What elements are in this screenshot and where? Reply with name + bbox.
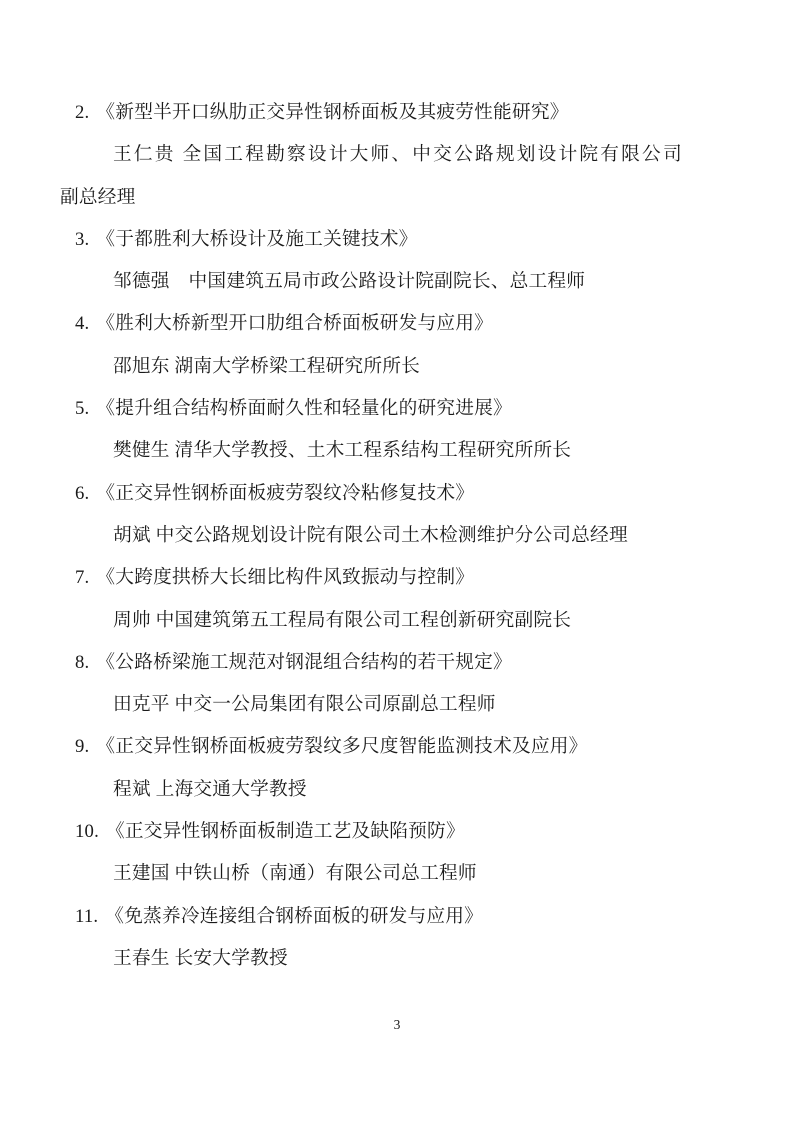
item-title: 《大跨度拱桥大长细比构件风致振动与控制》 bbox=[96, 567, 474, 588]
document-page: 2.《新型半开口纵肋正交异性钢桥面板及其疲劳性能研究》王仁贵 全国工程勘察设计大… bbox=[0, 0, 794, 1123]
item-title-line: 8.《公路桥梁施工规范对钢混组合结构的若干规定》 bbox=[60, 642, 694, 684]
item-speaker-line: 王建国 中铁山桥（南通）有限公司总工程师 bbox=[60, 853, 694, 895]
item-title: 《胜利大桥新型开口肋组合桥面板研发与应用》 bbox=[96, 313, 493, 334]
item-title: 《于都胜利大桥设计及施工关键技术》 bbox=[96, 229, 417, 250]
item-title: 《正交异性钢桥面板疲劳裂纹冷粘修复技术》 bbox=[96, 483, 474, 504]
item-number: 10. bbox=[75, 821, 99, 842]
page-number: 3 bbox=[0, 1016, 794, 1034]
item-title-line: 11.《免蒸养冷连接组合钢桥面板的研发与应用》 bbox=[60, 896, 694, 938]
item-speaker-line: 樊健生 清华大学教授、土木工程系结构工程研究所所长 bbox=[60, 430, 694, 472]
item-title-line: 4.《胜利大桥新型开口肋组合桥面板研发与应用》 bbox=[60, 303, 694, 345]
item-title: 《正交异性钢桥面板疲劳裂纹多尺度智能监测技术及应用》 bbox=[96, 736, 587, 757]
item-title: 《免蒸养冷连接组合钢桥面板的研发与应用》 bbox=[105, 906, 483, 927]
item-speaker-line: 邵旭东 湖南大学桥梁工程研究所所长 bbox=[60, 346, 694, 388]
item-number: 8. bbox=[75, 652, 89, 673]
item-speaker-line: 胡斌 中交公路规划设计院有限公司土木检测维护分公司总经理 bbox=[60, 515, 694, 557]
item-number: 5. bbox=[75, 398, 89, 419]
item-title-line: 5.《提升组合结构桥面耐久性和轻量化的研究进展》 bbox=[60, 388, 694, 430]
item-speaker-line: 邹德强 中国建筑五局市政公路设计院副院长、总工程师 bbox=[60, 261, 694, 303]
item-title: 《公路桥梁施工规范对钢混组合结构的若干规定》 bbox=[96, 652, 512, 673]
item-speaker-line: 田克平 中交一公局集团有限公司原副总工程师 bbox=[60, 684, 694, 726]
item-title-line: 7.《大跨度拱桥大长细比构件风致振动与控制》 bbox=[60, 557, 694, 599]
item-title: 《提升组合结构桥面耐久性和轻量化的研究进展》 bbox=[96, 398, 512, 419]
item-number: 6. bbox=[75, 483, 89, 504]
agenda-list: 2.《新型半开口纵肋正交异性钢桥面板及其疲劳性能研究》王仁贵 全国工程勘察设计大… bbox=[60, 92, 694, 980]
item-speaker-line: 程斌 上海交通大学教授 bbox=[60, 769, 694, 811]
item-number: 3. bbox=[75, 229, 89, 250]
item-title-line: 6.《正交异性钢桥面板疲劳裂纹冷粘修复技术》 bbox=[60, 473, 694, 515]
item-title-line: 2.《新型半开口纵肋正交异性钢桥面板及其疲劳性能研究》 bbox=[60, 92, 694, 134]
item-number: 9. bbox=[75, 736, 89, 757]
item-speaker-line: 王春生 长安大学教授 bbox=[60, 938, 694, 980]
item-title-line: 9.《正交异性钢桥面板疲劳裂纹多尺度智能监测技术及应用》 bbox=[60, 726, 694, 768]
item-speaker-line: 周帅 中国建筑第五工程局有限公司工程创新研究副院长 bbox=[60, 600, 694, 642]
item-number: 11. bbox=[75, 906, 98, 927]
item-title: 《正交异性钢桥面板制造工艺及缺陷预防》 bbox=[106, 821, 465, 842]
item-number: 2. bbox=[75, 102, 89, 123]
item-title: 《新型半开口纵肋正交异性钢桥面板及其疲劳性能研究》 bbox=[96, 102, 568, 123]
item-title-line: 3.《于都胜利大桥设计及施工关键技术》 bbox=[60, 219, 694, 261]
item-speaker-line: 王仁贵 全国工程勘察设计大师、中交公路规划设计院有限公司 bbox=[60, 134, 694, 176]
item-number: 4. bbox=[75, 313, 89, 334]
item-speaker-continuation: 副总经理 bbox=[60, 177, 694, 219]
item-title-line: 10.《正交异性钢桥面板制造工艺及缺陷预防》 bbox=[60, 811, 694, 853]
item-number: 7. bbox=[75, 567, 89, 588]
